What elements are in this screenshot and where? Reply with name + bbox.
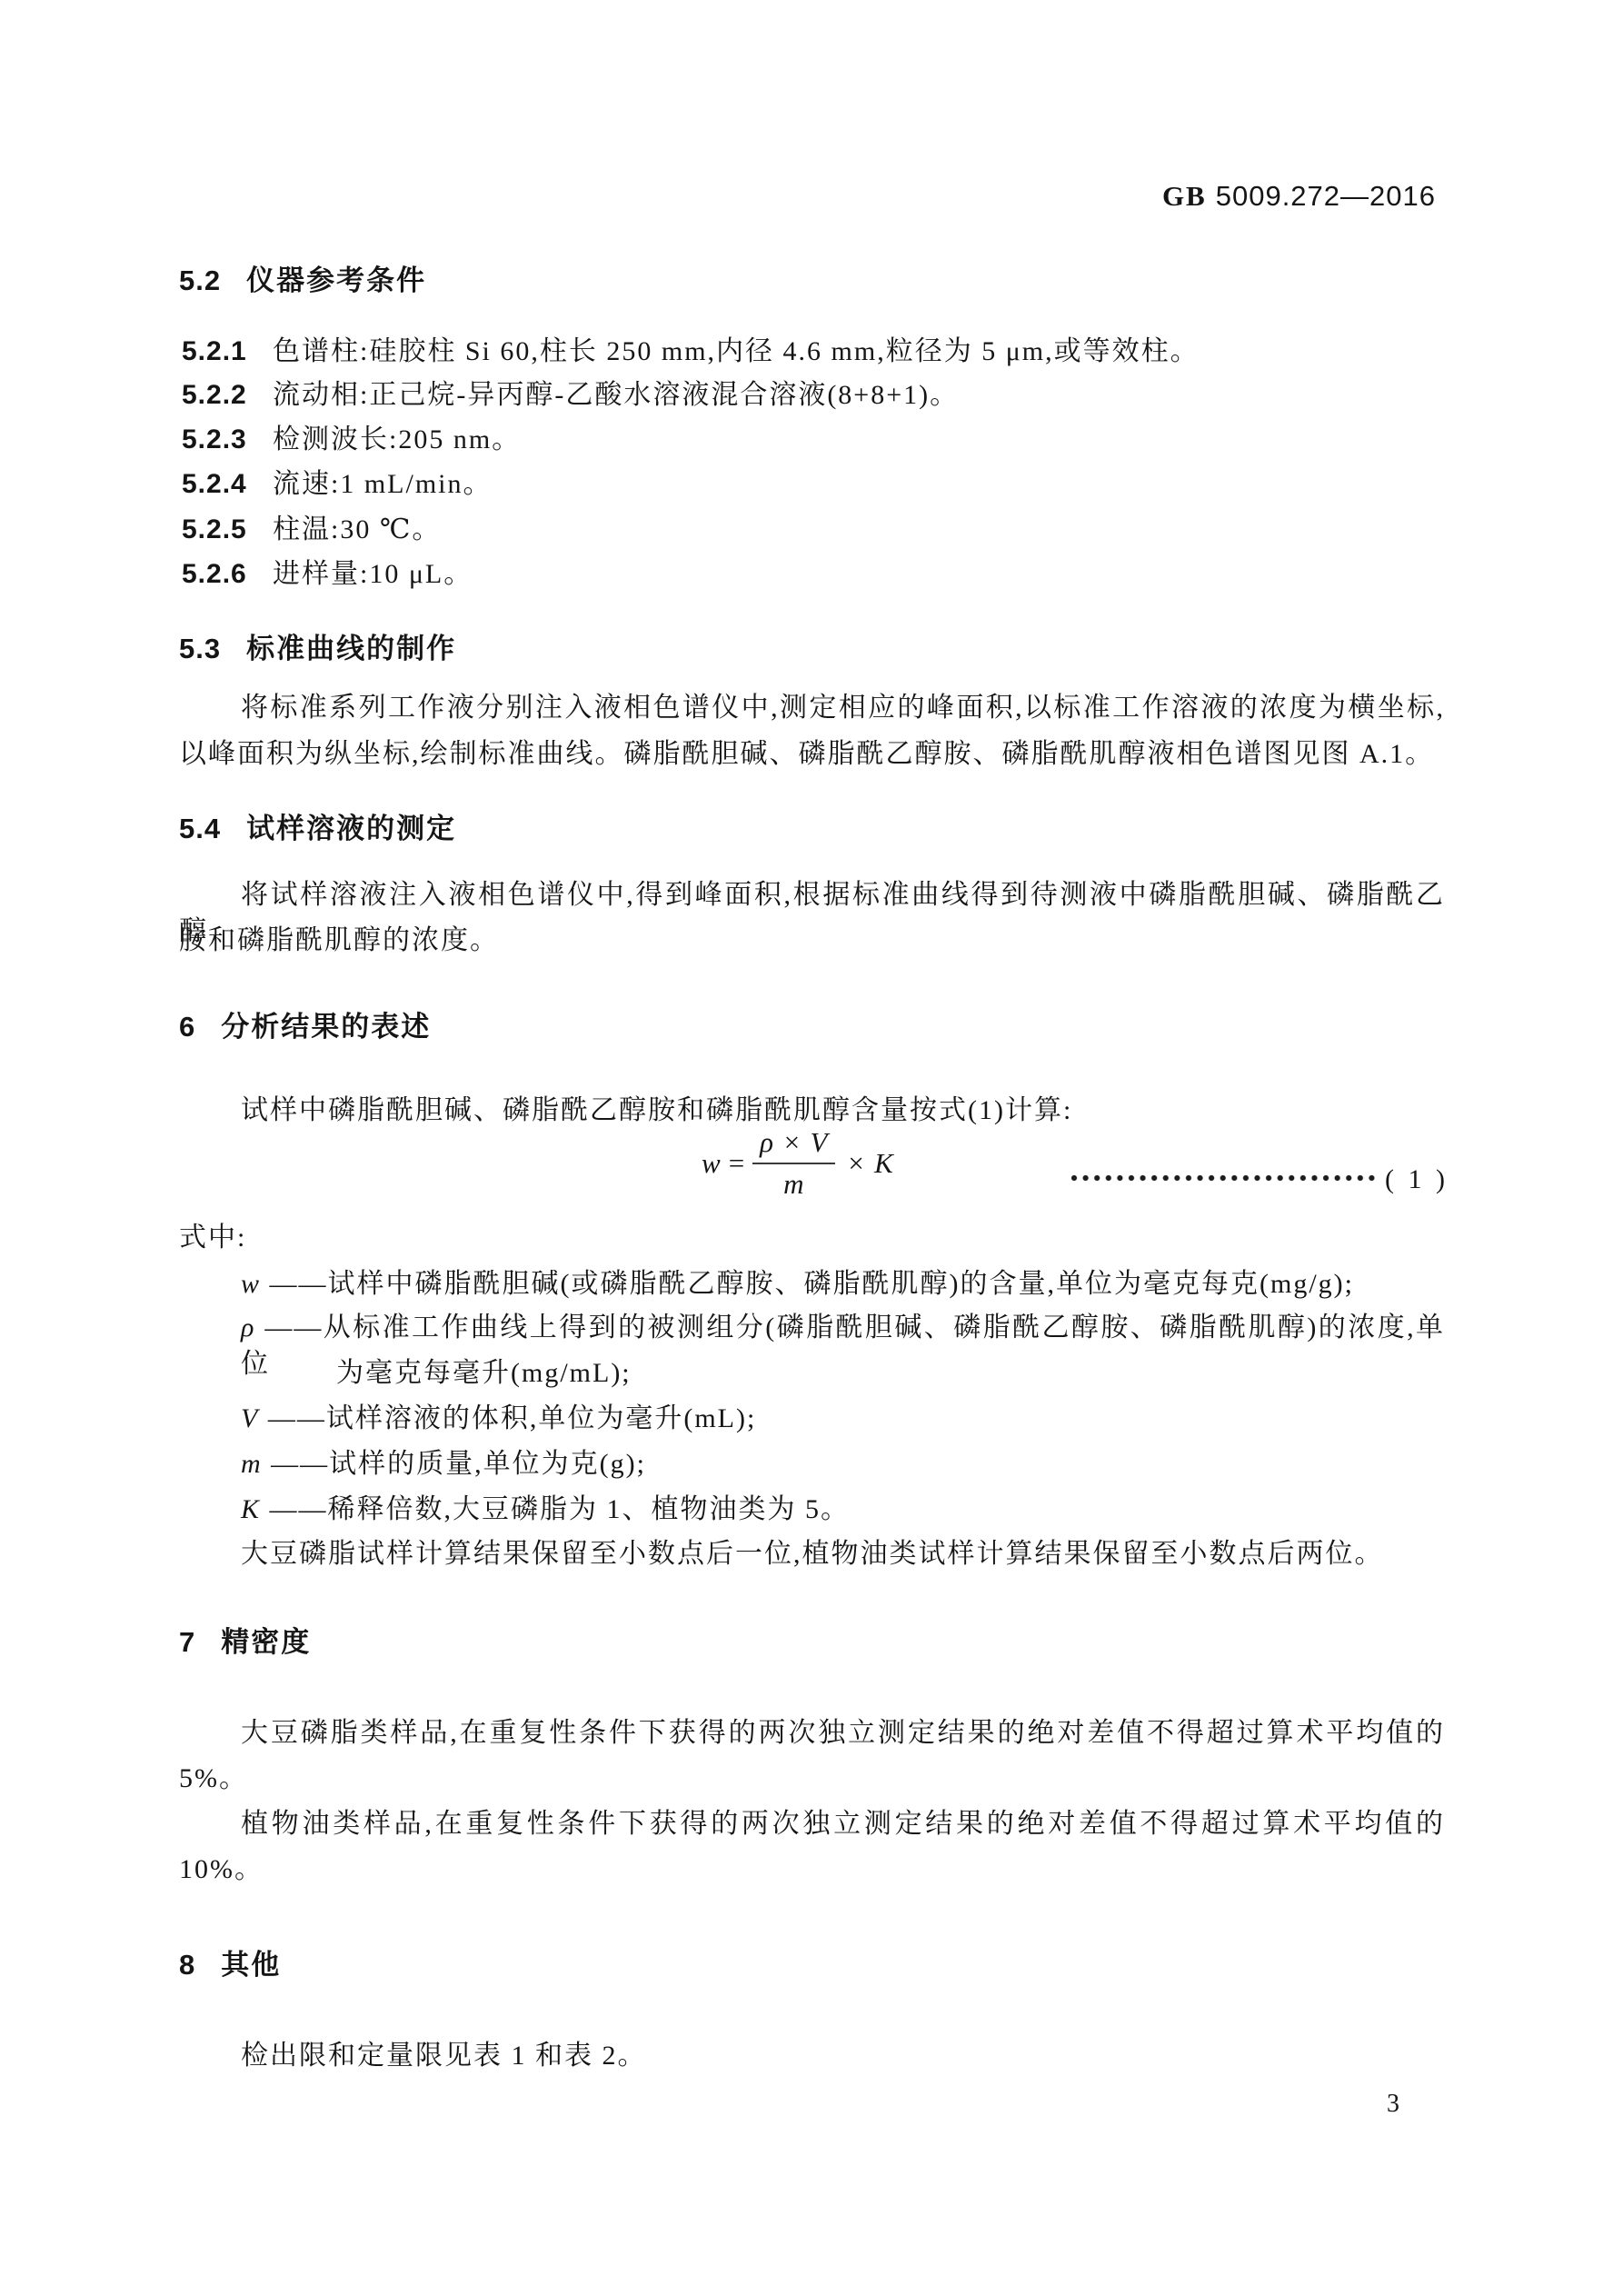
section-5-2-heading: 5.2仪器参考条件 [179,263,426,299]
definition-V: V ——试样溶液的体积,单位为毫升(mL); [241,1401,756,1437]
formula-1: w = ρ × V m × K [702,1127,894,1200]
section-5-3-number: 5.3 [179,631,221,667]
section-6-title: 分析结果的表述 [221,1011,431,1043]
paragraph-line: 检出限和定量限见表 1 和表 2。 [241,2038,647,2074]
document-page: GB5009.272—2016 5.2仪器参考条件 5.2.1 色谱柱:硅胶柱 … [0,0,1623,2296]
definition-text: ——试样中磷脂酰胆碱(或磷脂酰乙醇胺、磷脂酰肌醇)的含量,单位为毫克每克(mg/… [270,1269,1354,1299]
definition-text: ——稀释倍数,大豆磷脂为 1、植物油类为 5。 [270,1494,851,1524]
doc-code-number: 5009.272—2016 [1216,180,1436,212]
paragraph-line: 植物油类样品,在重复性条件下获得的两次独立测定结果的绝对差值不得超过算术平均值的 [179,1806,1445,1842]
clause-number: 5.2.1 [182,334,247,370]
clause-text: 进样量:10 μL。 [273,556,473,593]
symbol-V: V [241,1403,259,1433]
section-5-4-number: 5.4 [179,811,221,847]
section-6-heading: 6分析结果的表述 [179,1009,431,1045]
paragraph-line: 大豆磷脂类样品,在重复性条件下获得的两次独立测定结果的绝对差值不得超过算术平均值… [179,1715,1445,1752]
clause-text: 柱温:30 ℃。 [273,512,441,548]
where-label: 式中: [179,1220,246,1256]
clause-text: 色谱柱:硅胶柱 Si 60,柱长 250 mm,内径 4.6 mm,粒径为 5 … [273,334,1200,370]
section-8-heading: 8其他 [179,1947,281,1983]
paragraph-line: 10%。 [179,1852,264,1888]
definition-w: w ——试样中磷脂酰胆碱(或磷脂酰乙醇胺、磷脂酰肌醇)的含量,单位为毫克每克(m… [241,1266,1354,1303]
symbol-K: K [241,1494,261,1524]
section-5-3-title: 标准曲线的制作 [246,633,456,664]
definition-text: ——试样溶液的体积,单位为毫升(mL); [268,1403,756,1433]
formula-number-label: ( 1 ) [1385,1162,1449,1198]
section-7-title: 精密度 [221,1626,311,1658]
section-7-heading: 7精密度 [179,1624,311,1661]
section-5-4-heading: 5.4试样溶液的测定 [179,811,456,847]
definition-rho-continued: 为毫克每毫升(mg/mL); [336,1355,632,1392]
rounding-note: 大豆磷脂试样计算结果保留至小数点后一位,植物油类试样计算结果保留至小数点后两位。 [241,1536,1384,1572]
doc-code-prefix: GB [1162,180,1207,212]
section-7-number: 7 [179,1624,195,1661]
section-6-number: 6 [179,1009,195,1045]
clause-number: 5.2.4 [182,466,247,503]
clause-text: 检测波长:205 nm。 [273,422,521,458]
section-5-4-title: 试样溶液的测定 [246,813,456,844]
formula-intro: 试样中磷脂酰胆碱、磷脂酰乙醇胺和磷脂酰肌醇含量按式(1)计算: [241,1093,1072,1129]
symbol-w: w [241,1269,261,1299]
clause-text: 流动相:正己烷-异丙醇-乙酸水溶液混合溶液(8+8+1)。 [273,377,959,414]
clause-number: 5.2.3 [182,422,247,458]
paragraph-line: 将标准系列工作液分别注入液相色谱仪中,测定相应的峰面积,以标准工作溶液的浓度为横… [179,690,1445,726]
definition-K: K ——稀释倍数,大豆磷脂为 1、植物油类为 5。 [241,1492,850,1528]
symbol-rho: ρ [241,1313,255,1343]
paragraph-line: 胺和磷脂酰肌醇的浓度。 [179,923,499,959]
clause-number: 5.2.6 [182,556,247,593]
paragraph-line: 以峰面积为纵坐标,绘制标准曲线。磷脂酰胆碱、磷脂酰乙醇胺、磷脂酰肌醇液相色谱图见… [179,736,1434,773]
section-5-2-number: 5.2 [179,263,221,299]
section-8-title: 其他 [221,1949,281,1981]
paragraph-line: 5%。 [179,1761,248,1797]
page-number: 3 [1387,2086,1399,2122]
formula-denominator: m [752,1164,835,1200]
clause-number: 5.2.2 [182,377,247,414]
formula-multiplier: × K [846,1147,893,1180]
section-5-3-heading: 5.3标准曲线的制作 [179,631,456,667]
formula-equals: = [729,1147,745,1180]
doc-code-header: GB5009.272—2016 [1162,180,1436,213]
clause-number: 5.2.5 [182,512,247,548]
clause-text: 流速:1 mL/min。 [273,466,493,503]
section-8-number: 8 [179,1947,195,1983]
definition-text: ——试样的质量,单位为克(g); [271,1449,646,1479]
formula-numerator: ρ × V [752,1127,835,1164]
formula-lhs: w [702,1147,722,1180]
symbol-m: m [241,1449,263,1479]
formula-fraction: ρ × V m [752,1127,835,1200]
section-5-2-title: 仪器参考条件 [246,265,426,296]
definition-m: m ——试样的质量,单位为克(g); [241,1446,646,1482]
dotted-leader [1070,1174,1379,1182]
